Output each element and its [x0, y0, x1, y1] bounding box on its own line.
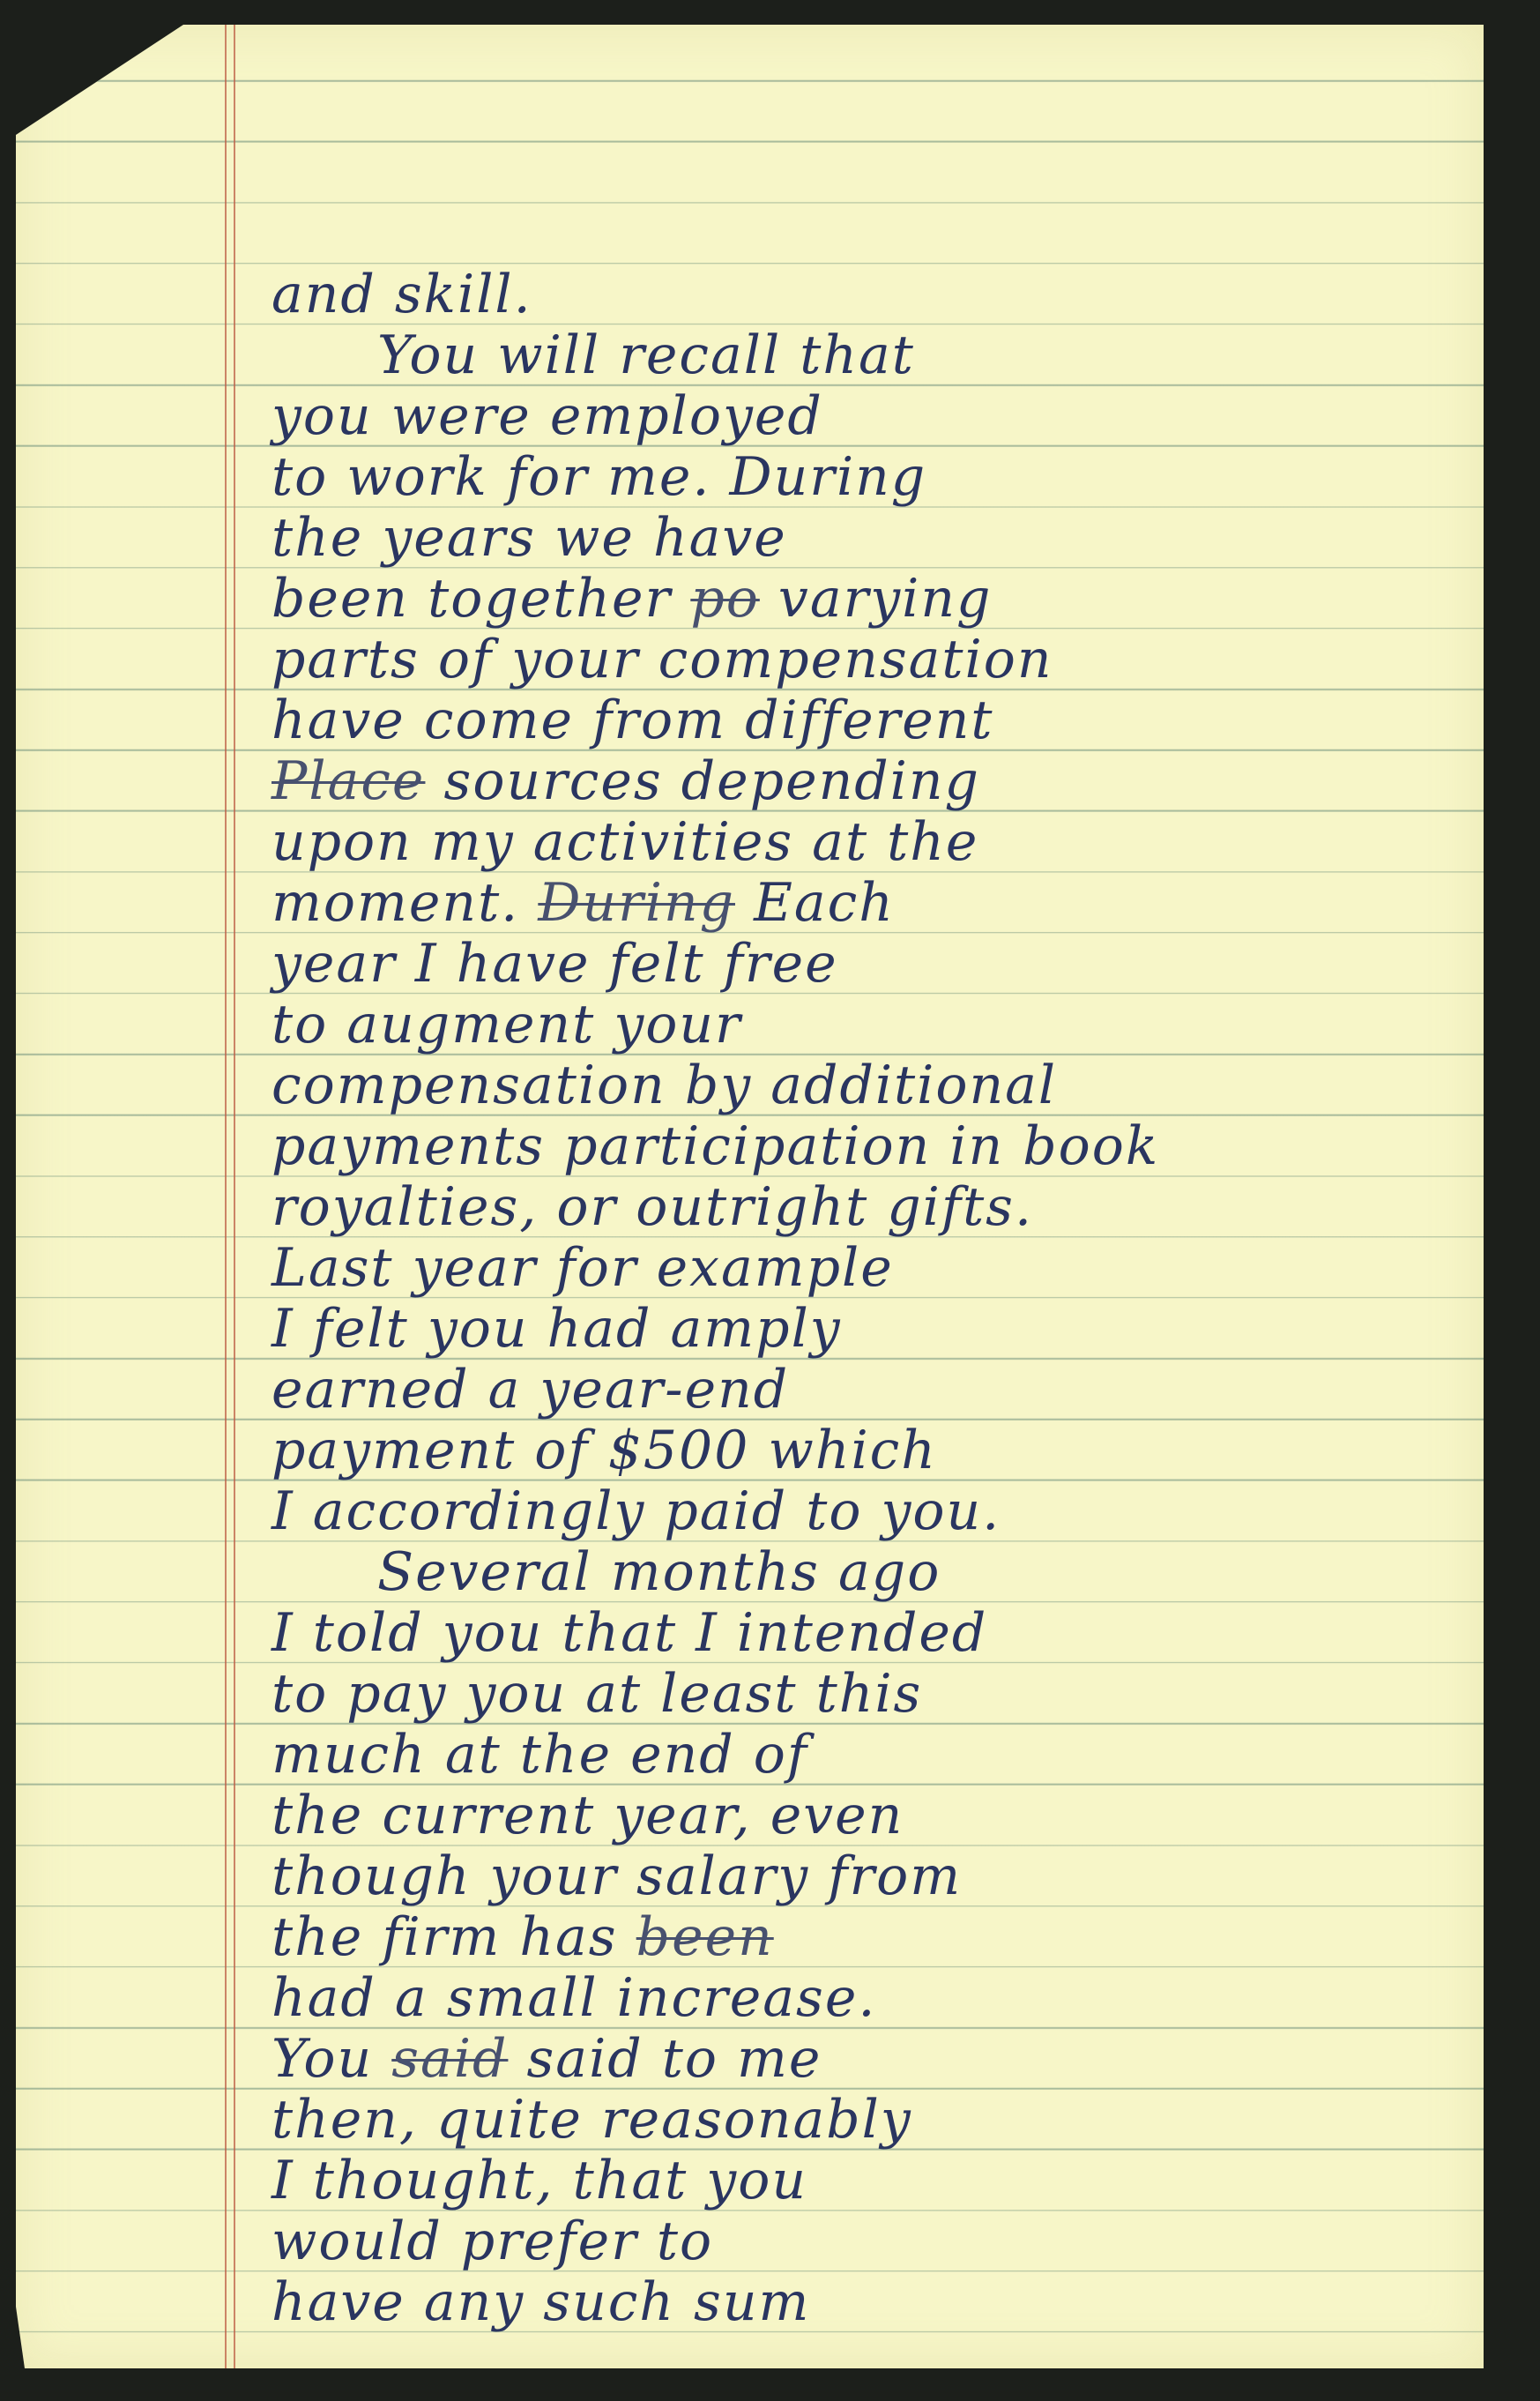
text-line-13: to augment your — [272, 995, 1470, 1055]
line-text: though your salary from — [272, 1845, 962, 1907]
line-text: would prefer to — [272, 2211, 713, 2272]
text-line-32: I thought, that you — [272, 2151, 1470, 2211]
line-text: I accordingly paid to you. — [272, 1480, 1001, 1542]
text-line-19: earned a year-end — [272, 1360, 1470, 1420]
line-text: sources depending — [444, 750, 980, 812]
line-text: year I have felt free — [272, 933, 838, 995]
line-text: Last year for example — [272, 1237, 894, 1299]
text-line-31: then, quite reasonably — [272, 2090, 1470, 2151]
struck-word: said — [391, 2028, 508, 2090]
text-line-8: have come from different — [272, 690, 1470, 751]
text-line-17: Last year for example — [272, 1238, 1470, 1299]
text-line-34: have any such sum — [272, 2272, 1470, 2333]
text-line-4: to work for me. During — [272, 447, 1470, 508]
text-line-26: the current year, even — [272, 1786, 1470, 1846]
text-line-16: royalties, or outright gifts. — [272, 1177, 1470, 1238]
text-line-28: the firm has been — [272, 1907, 1470, 1968]
line-text: the firm has — [272, 1906, 618, 1968]
line-text: have come from different — [272, 690, 994, 751]
text-line-9: Place sources depending — [272, 751, 1470, 812]
line-text: the years we have — [272, 507, 787, 569]
margin-line-right — [234, 25, 235, 2368]
line-text: You will recall that — [377, 324, 915, 386]
line-text-after: varying — [778, 568, 993, 630]
text-line-21: I accordingly paid to you. — [272, 1481, 1470, 1542]
line-text: I felt you had amply — [272, 1298, 842, 1360]
line-text: I told you that I intended — [272, 1602, 987, 1664]
text-line-1: and skill. — [272, 265, 1470, 325]
text-line-2: You will recall that — [272, 325, 1470, 386]
text-line-18: I felt you had amply — [272, 1299, 1470, 1360]
line-text: to work for me. During — [272, 446, 926, 508]
text-line-30: You said said to me — [272, 2029, 1470, 2090]
line-text: payment of $500 which — [272, 1420, 937, 1481]
text-line-12: year I have felt free — [272, 934, 1470, 995]
line-text: Several months ago — [377, 1541, 941, 1603]
struck-word: been — [636, 1906, 774, 1968]
margin-line-left — [225, 25, 227, 2368]
text-line-15: payments participation in book — [272, 1116, 1470, 1177]
text-line-7: parts of your compensation — [272, 630, 1470, 690]
text-line-20: payment of $500 which — [272, 1420, 1470, 1481]
line-text: had a small increase. — [272, 1967, 876, 2029]
text-line-33: would prefer to — [272, 2211, 1470, 2272]
line-text-after: Each — [754, 872, 895, 934]
struck-word: During — [538, 872, 735, 934]
line-text: been together — [272, 568, 672, 630]
struck-word: po — [690, 568, 760, 630]
text-line-27: though your salary from — [272, 1846, 1470, 1907]
text-line-6: been together po varying — [272, 569, 1470, 630]
text-line-22: Several months ago — [272, 1542, 1470, 1603]
line-text: I thought, that you — [272, 2150, 807, 2211]
line-text: compensation by additional — [272, 1055, 1057, 1116]
line-text: to pay you at least this — [272, 1663, 922, 1725]
line-text: you were employed — [272, 385, 823, 447]
text-line-10: upon my activities at the — [272, 812, 1470, 873]
text-line-25: much at the end of — [272, 1725, 1470, 1786]
line-text: payments participation in book — [272, 1115, 1159, 1177]
line-text: have any such sum — [272, 2271, 810, 2333]
line-text: upon my activities at the — [272, 811, 978, 873]
handwritten-text: and skill. You will recall that you were… — [272, 265, 1470, 2333]
text-line-5: the years we have — [272, 508, 1470, 569]
letter-page: and skill. You will recall that you were… — [16, 25, 1484, 2368]
line-text: the current year, even — [272, 1785, 904, 1846]
line-text: much at the end of — [272, 1724, 808, 1786]
text-line-29: had a small increase. — [272, 1968, 1470, 2029]
line-text: earned a year-end — [272, 1359, 789, 1420]
text-line-24: to pay you at least this — [272, 1664, 1470, 1725]
text-line-11: moment. During Each — [272, 873, 1470, 934]
line-text: parts of your compensation — [272, 629, 1053, 690]
line-text: and skill. — [272, 264, 532, 325]
struck-word: Place — [272, 750, 425, 812]
line-text: You — [272, 2028, 373, 2090]
line-text: royalties, or outright gifts. — [272, 1176, 1033, 1238]
line-text-after: said to me — [527, 2028, 822, 2090]
text-line-3: you were employed — [272, 386, 1470, 447]
text-line-23: I told you that I intended — [272, 1603, 1470, 1664]
line-text: to augment your — [272, 994, 742, 1055]
line-text: moment. — [272, 872, 519, 934]
text-line-14: compensation by additional — [272, 1055, 1470, 1116]
line-text: then, quite reasonably — [272, 2089, 912, 2151]
